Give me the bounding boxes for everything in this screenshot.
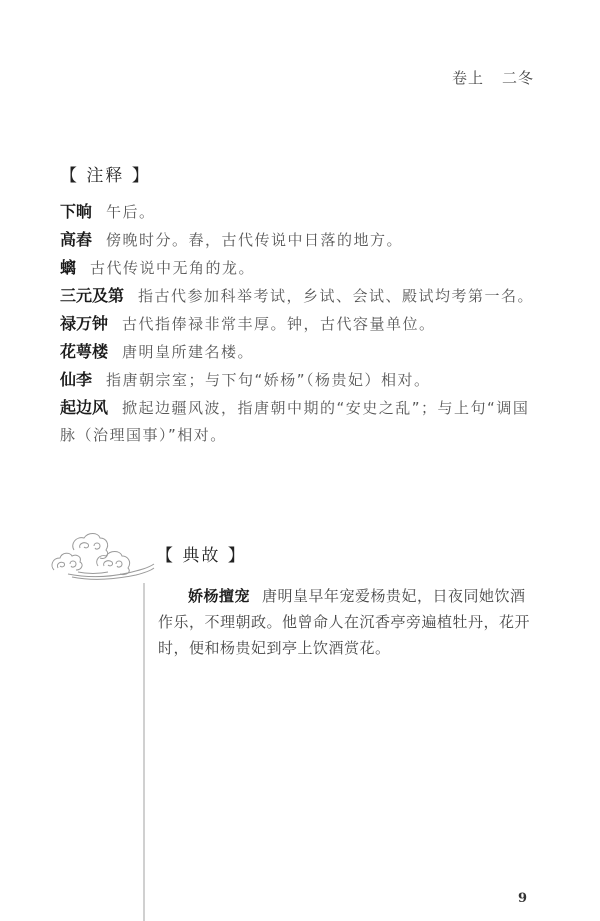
note-item: 禄万钟古代指俸禄非常丰厚。钟，古代容量单位。: [60, 310, 540, 338]
note-term: 起边风: [60, 398, 108, 417]
note-term: 仙李: [60, 370, 92, 389]
note-definition: 傍晚时分。舂，古代传说中日落的地方。: [106, 231, 403, 249]
vertical-divider: [143, 583, 145, 921]
note-term: 螭: [60, 258, 76, 277]
chapter-label: 二冬: [502, 69, 534, 87]
note-term: 禄万钟: [60, 314, 108, 333]
note-term: 花萼楼: [60, 342, 108, 361]
note-item: 花萼楼唐明皇所建名楼。: [60, 338, 540, 366]
note-item: 仙李指唐朝宗室；与下句“娇杨”（杨贵妃）相对。: [60, 366, 540, 394]
note-definition: 指唐朝宗室；与下句“娇杨”（杨贵妃）相对。: [106, 371, 431, 389]
note-term: 三元及第: [60, 286, 124, 305]
note-item: 起边风掀起边疆风波，指唐朝中期的“安史之乱”；与上句“调国脉（治理国事）”相对。: [60, 394, 540, 449]
note-term: 下晌: [60, 202, 92, 221]
note-definition: 午后。: [106, 203, 156, 221]
allusion-section-title: 【 典故 】: [156, 541, 247, 566]
page-number: 9: [518, 891, 527, 906]
volume-label: 卷上: [452, 69, 484, 87]
note-definition: 指古代参加科举考试，乡试、会试、殿试均考第一名。: [138, 287, 534, 305]
auspicious-cloud-icon: [48, 528, 156, 584]
notes-section-title: 【 注释 】: [60, 161, 151, 186]
note-definition: 古代传说中无角的龙。: [90, 259, 255, 277]
notes-list: 下晌午后。 高舂傍晚时分。舂，古代传说中日落的地方。 螭古代传说中无角的龙。 三…: [60, 198, 540, 449]
note-item: 螭古代传说中无角的龙。: [60, 254, 540, 282]
running-head: 卷上二冬: [452, 67, 534, 88]
note-definition: 掀起边疆风波，指唐朝中期的“安史之乱”；与上句“调国脉（治理国事）”相对。: [60, 399, 529, 444]
note-term: 高舂: [60, 230, 92, 249]
allusion-paragraph: 娇杨擅宠唐明皇早年宠爱杨贵妃，日夜同她饮酒作乐，不理朝政。他曾命人在沉香亭旁遍植…: [158, 583, 530, 661]
note-definition: 唐明皇所建名楼。: [122, 343, 254, 361]
note-item: 高舂傍晚时分。舂，古代传说中日落的地方。: [60, 226, 540, 254]
note-item: 三元及第指古代参加科举考试，乡试、会试、殿试均考第一名。: [60, 282, 540, 310]
allusion-term: 娇杨擅宠: [188, 587, 250, 605]
note-definition: 古代指俸禄非常丰厚。钟，古代容量单位。: [122, 315, 436, 333]
note-item: 下晌午后。: [60, 198, 540, 226]
